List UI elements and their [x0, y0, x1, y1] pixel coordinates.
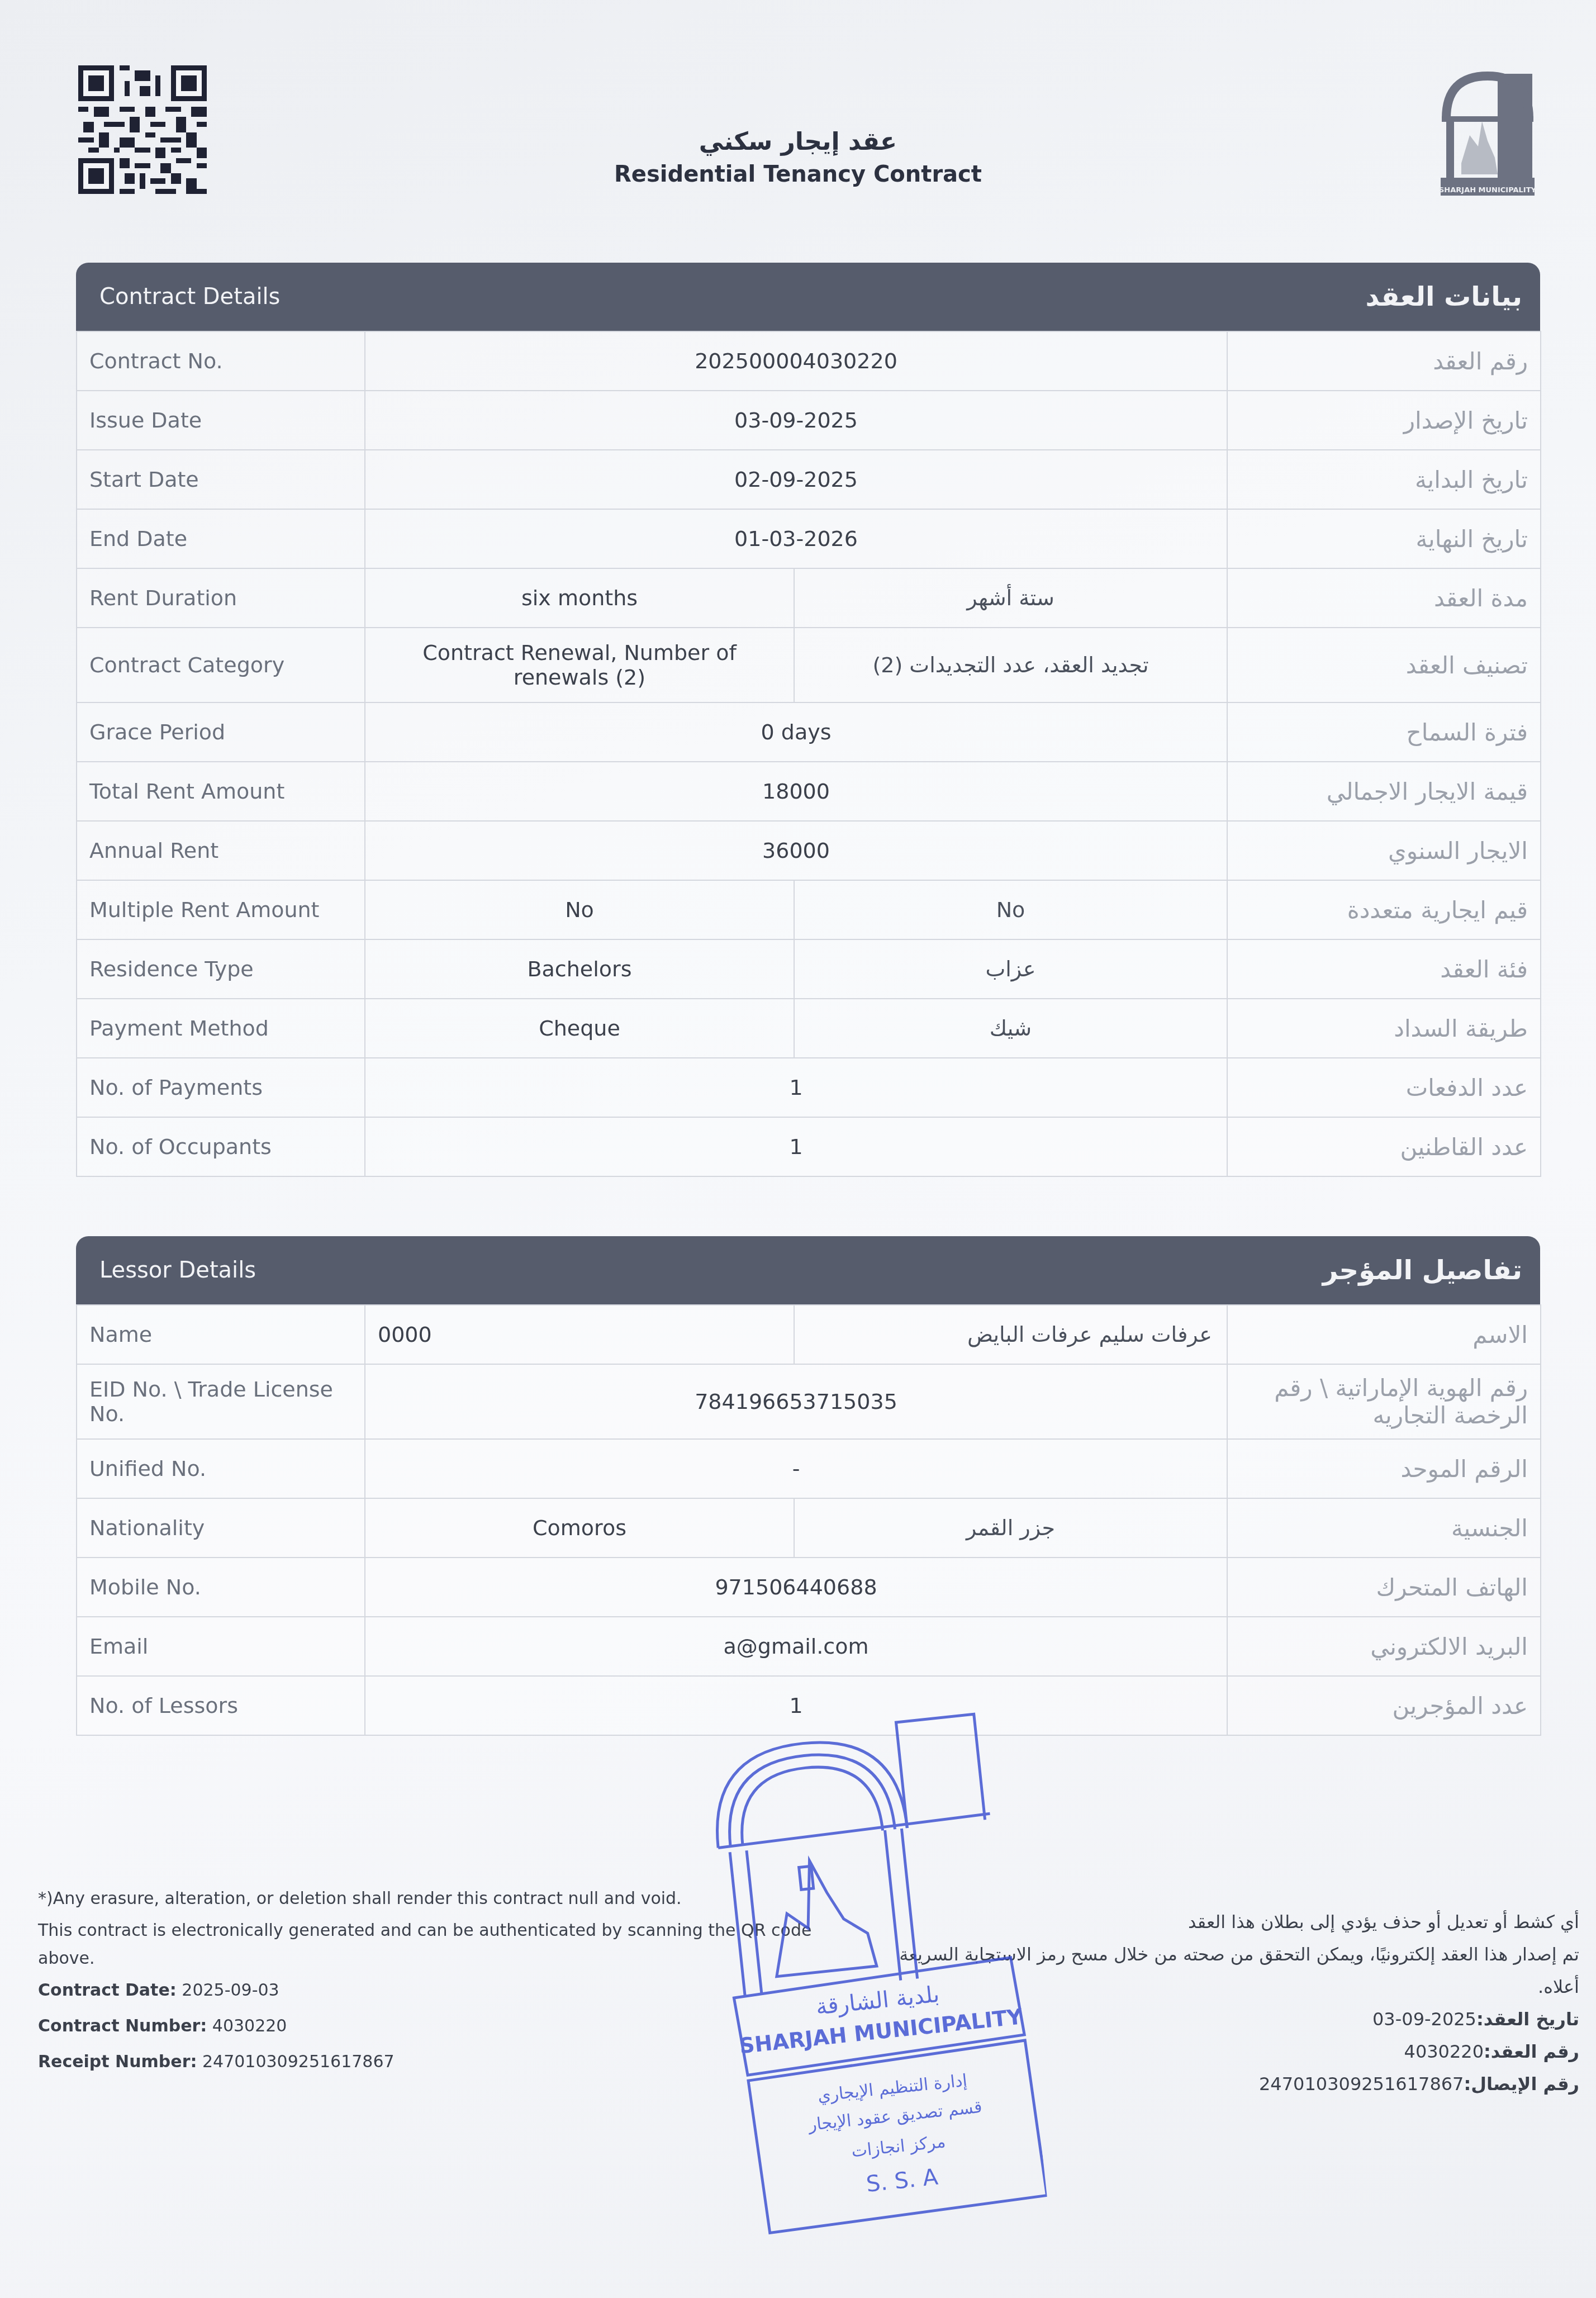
- row-label-en: Contract Category: [77, 628, 365, 702]
- row-value: a@gmail.com: [365, 1617, 1227, 1676]
- row-value-en: No: [365, 880, 794, 939]
- footer-contract-number: Contract Number: 4030220: [38, 2009, 820, 2044]
- row-label-en: No. of Lessors: [77, 1676, 365, 1735]
- row-value: 36000: [365, 821, 1227, 880]
- footer-receipt-number: Receipt Number: 247010309251617867: [38, 2044, 820, 2080]
- contract-details-heading-en: Contract Details: [99, 284, 280, 310]
- row-label-en: Rent Duration: [77, 568, 365, 628]
- row-value: -: [365, 1439, 1227, 1498]
- row-label-ar: مدة العقد: [1227, 568, 1541, 628]
- contract-details-table: Contract No.202500004030220رقم العقدIssu…: [76, 331, 1541, 1177]
- row-value: 1: [365, 1676, 1227, 1735]
- table-row: Unified No.-الرقم الموحد: [77, 1439, 1541, 1498]
- row-value-ar: ستة أشهر: [794, 568, 1227, 628]
- row-value-ar: جزر القمر: [794, 1498, 1227, 1558]
- row-label-ar: تصنيف العقد: [1227, 628, 1541, 702]
- table-row: Total Rent Amount18000قيمة الايجار الاجم…: [77, 762, 1541, 821]
- lessor-details-heading-en: Lessor Details: [99, 1257, 256, 1283]
- row-label-ar: فئة العقد: [1227, 939, 1541, 999]
- row-value: 1: [365, 1058, 1227, 1117]
- row-value: 03-09-2025: [365, 391, 1227, 450]
- row-label-en: Nationality: [77, 1498, 365, 1558]
- row-value-ar: عرفات سليم عرفات البايض: [794, 1305, 1227, 1364]
- row-label-en: Email: [77, 1617, 365, 1676]
- row-label-ar: عدد القاطنين: [1227, 1117, 1541, 1176]
- row-value: 202500004030220: [365, 331, 1227, 391]
- footer-contract-date: Contract Date: 2025-09-03: [38, 1973, 820, 2009]
- table-row: No. of Occupants1عدد القاطنين: [77, 1117, 1541, 1176]
- row-label-en: Issue Date: [77, 391, 365, 450]
- row-label-en: Multiple Rent Amount: [77, 880, 365, 939]
- row-value-ar: شيك: [794, 999, 1227, 1058]
- table-row: Mobile No.971506440688الهاتف المتحرك: [77, 1558, 1541, 1617]
- row-label-en: Name: [77, 1305, 365, 1364]
- row-label-ar: قيم ايجارية متعددة: [1227, 880, 1541, 939]
- row-label-ar: تاريخ النهاية: [1227, 509, 1541, 568]
- row-value-en: six months: [365, 568, 794, 628]
- table-row: Emaila@gmail.comالبريد الالكتروني: [77, 1617, 1541, 1676]
- table-row: Contract CategoryContract Renewal, Numbe…: [77, 628, 1541, 702]
- contract-details-section: Contract Details بيانات العقد Contract N…: [76, 263, 1540, 1177]
- row-value-en: Cheque: [365, 999, 794, 1058]
- document-title: عقد إيجار سكني Residential Tenancy Contr…: [0, 127, 1596, 187]
- row-value-en: Contract Renewal, Number of renewals (2): [365, 628, 794, 702]
- row-label-ar: قيمة الايجار الاجمالي: [1227, 762, 1541, 821]
- table-row: Residence TypeBachelorsعزابفئة العقد: [77, 939, 1541, 999]
- table-row: No. of Payments1عدد الدفعات: [77, 1058, 1541, 1117]
- row-label-en: Payment Method: [77, 999, 365, 1058]
- row-label-ar: رقم الهوية الإماراتية \ رقم الرخصة التجا…: [1227, 1364, 1541, 1439]
- row-value-ar: No: [794, 880, 1227, 939]
- table-row: EID No. \ Trade License No.7841966537150…: [77, 1364, 1541, 1439]
- row-value-ar: تجديد العقد، عدد التجديدات (2): [794, 628, 1227, 702]
- table-row: Name0000عرفات سليم عرفات البايضالاسم: [77, 1305, 1541, 1364]
- official-stamp: بلدية الشارقة SHARJAH MUNICIPALITY إدارة…: [684, 1706, 1048, 2239]
- row-label-ar: تاريخ الإصدار: [1227, 391, 1541, 450]
- row-label-en: Start Date: [77, 450, 365, 509]
- row-label-en: Contract No.: [77, 331, 365, 391]
- table-row: End Date01-03-2026تاريخ النهاية: [77, 509, 1541, 568]
- table-row: Grace Period0 daysفترة السماح: [77, 702, 1541, 762]
- row-label-en: End Date: [77, 509, 365, 568]
- row-value-en: Bachelors: [365, 939, 794, 999]
- row-value-en: Comoros: [365, 1498, 794, 1558]
- row-label-en: EID No. \ Trade License No.: [77, 1364, 365, 1439]
- row-value: 784196653715035: [365, 1364, 1227, 1439]
- contract-details-heading-ar: بيانات العقد: [1366, 281, 1522, 312]
- row-label-en: Annual Rent: [77, 821, 365, 880]
- table-row: NationalityComorosجزر القمرالجنسية: [77, 1498, 1541, 1558]
- row-label-ar: البريد الالكتروني: [1227, 1617, 1541, 1676]
- footer-note-electronic: This contract is electronically generate…: [38, 1917, 820, 1973]
- table-row: Payment MethodChequeشيكطريقة السداد: [77, 999, 1541, 1058]
- table-row: Annual Rent36000الايجار السنوي: [77, 821, 1541, 880]
- row-label-en: No. of Payments: [77, 1058, 365, 1117]
- row-label-ar: الهاتف المتحرك: [1227, 1558, 1541, 1617]
- stamp-line-3: مركز انجازات: [851, 2132, 947, 2161]
- row-label-en: Grace Period: [77, 702, 365, 762]
- row-label-en: Total Rent Amount: [77, 762, 365, 821]
- row-label-en: Unified No.: [77, 1439, 365, 1498]
- row-value-en: 0000: [365, 1305, 794, 1364]
- row-value: 01-03-2026: [365, 509, 1227, 568]
- row-label-ar: تاريخ البداية: [1227, 450, 1541, 509]
- contract-details-header: Contract Details بيانات العقد: [76, 263, 1540, 331]
- row-label-ar: رقم العقد: [1227, 331, 1541, 391]
- logo-text: SHARJAH MUNICIPALITY: [1439, 186, 1537, 194]
- table-row: Contract No.202500004030220رقم العقد: [77, 331, 1541, 391]
- stamp-line-4: S. S. A: [865, 2164, 940, 2197]
- lessor-details-header: Lessor Details تفاصيل المؤجر: [76, 1236, 1540, 1304]
- row-label-ar: فترة السماح: [1227, 702, 1541, 762]
- lessor-details-section: Lessor Details تفاصيل المؤجر Name0000عرف…: [76, 1236, 1540, 1736]
- row-value-ar: عزاب: [794, 939, 1227, 999]
- lessor-details-table: Name0000عرفات سليم عرفات البايضالاسمEID …: [76, 1304, 1541, 1736]
- row-label-en: Mobile No.: [77, 1558, 365, 1617]
- table-row: Multiple Rent AmountNoNoقيم ايجارية متعد…: [77, 880, 1541, 939]
- title-arabic: عقد إيجار سكني: [0, 127, 1596, 156]
- lessor-details-heading-ar: تفاصيل المؤجر: [1323, 1255, 1522, 1286]
- row-value: 18000: [365, 762, 1227, 821]
- row-value: 971506440688: [365, 1558, 1227, 1617]
- table-row: Start Date02-09-2025تاريخ البداية: [77, 450, 1541, 509]
- row-label-ar: عدد المؤجرين: [1227, 1676, 1541, 1735]
- row-label-ar: الاسم: [1227, 1305, 1541, 1364]
- row-label-ar: الايجار السنوي: [1227, 821, 1541, 880]
- row-label-en: No. of Occupants: [77, 1117, 365, 1176]
- table-row: Rent Durationsix monthsستة أشهرمدة العقد: [77, 568, 1541, 628]
- row-label-en: Residence Type: [77, 939, 365, 999]
- row-label-ar: طريقة السداد: [1227, 999, 1541, 1058]
- row-value: 02-09-2025: [365, 450, 1227, 509]
- title-english: Residential Tenancy Contract: [0, 162, 1596, 187]
- table-row: Issue Date03-09-2025تاريخ الإصدار: [77, 391, 1541, 450]
- row-label-ar: الجنسية: [1227, 1498, 1541, 1558]
- row-label-ar: عدد الدفعات: [1227, 1058, 1541, 1117]
- row-label-ar: الرقم الموحد: [1227, 1439, 1541, 1498]
- row-value: 0 days: [365, 702, 1227, 762]
- row-value: 1: [365, 1117, 1227, 1176]
